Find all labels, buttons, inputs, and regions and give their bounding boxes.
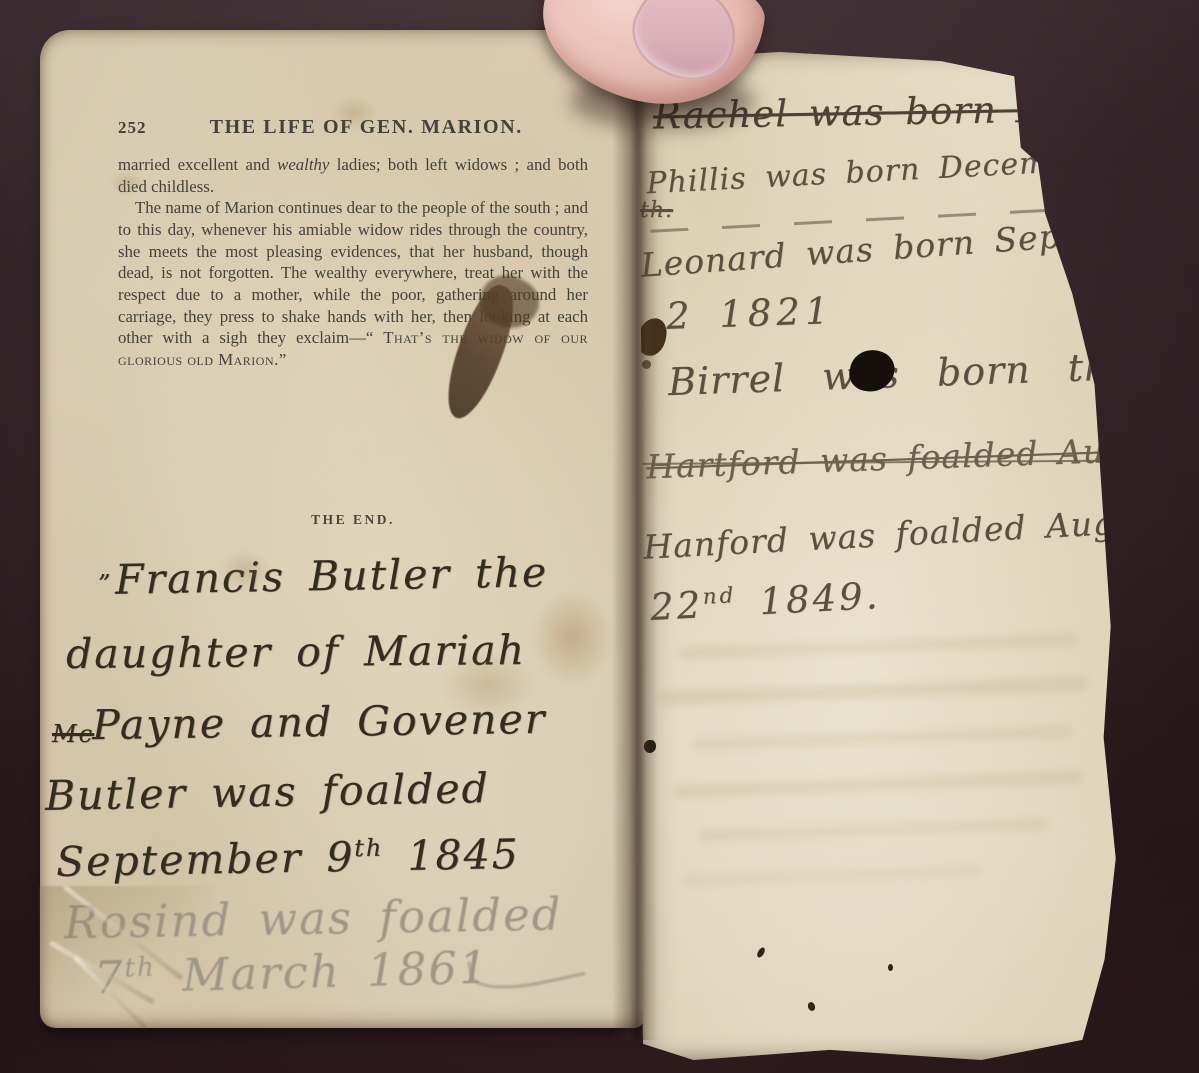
handwriting-th-mark: th.: [640, 198, 673, 223]
speck: [888, 964, 893, 971]
speck: [807, 1001, 817, 1012]
handwriting-lead-mark: ”: [98, 570, 112, 598]
handwriting-line-1821: 2 1821: [665, 289, 834, 338]
date-1849-pre: 22: [649, 583, 704, 629]
handwriting-line-daughter: daughter of Mariah: [66, 626, 526, 678]
handwriting-line-francis: Francis Butler the: [115, 548, 549, 604]
handwriting-struck-mark: Mc: [52, 720, 94, 748]
handwriting-line-date-1845: September 9th 1845: [56, 830, 520, 886]
handwriting-line-payne: Payne and Govener: [92, 695, 547, 749]
tan-stain: [532, 590, 612, 685]
body-paragraph-1: married excellent and wealthy ladies; bo…: [118, 154, 588, 197]
para1-pre: married excellent and: [118, 155, 277, 174]
printed-body-text: married excellent and wealthy ladies; bo…: [118, 154, 588, 371]
bleed-through-line: [698, 818, 1048, 842]
speck: [756, 946, 767, 959]
handwriting-line-birrel: Birrel was born the: [667, 344, 1133, 404]
bleed-through-line: [678, 633, 1078, 660]
photo-of-open-book: 252 THE LIFE OF GEN. MARION. married exc…: [0, 0, 1199, 1073]
handwriting-line-date-1849: 22nd 1849.: [649, 574, 881, 629]
date-1845-pre: September 9: [56, 833, 355, 886]
ink-blot-small: [642, 360, 651, 369]
bleed-through-line: [673, 771, 1083, 798]
the-end-label: THE END.: [118, 512, 588, 528]
date-1845-sup: th: [354, 834, 383, 862]
para1-italic-word: wealthy: [277, 155, 329, 174]
running-title: THE LIFE OF GEN. MARION.: [147, 116, 587, 139]
handwriting-line-hartford-struck: Hartford was foalded August: [645, 429, 1182, 487]
right-page: Rachel was born April th Phillis was bor…: [638, 52, 1143, 1060]
bleed-through-line: [658, 677, 1088, 706]
date-1849-post: 1849.: [736, 574, 882, 624]
date-1849-sup: nd: [702, 583, 737, 610]
left-page: 252 THE LIFE OF GEN. MARION. married exc…: [40, 30, 644, 1028]
para2-text: The name of Marion continues dear to the…: [118, 198, 588, 347]
bleed-through-line: [683, 865, 983, 886]
ink-dot: [644, 740, 656, 753]
bleed-through-line: [693, 725, 1073, 750]
page-number: 252: [118, 118, 147, 138]
date-1845-post: 1845: [383, 830, 520, 880]
handwriting-line-hanford: Hanford was foalded August: [642, 500, 1170, 567]
handwriting-line-phillis: Phillis was born December 15, 1858: [646, 134, 1199, 202]
page-header: 252 THE LIFE OF GEN. MARION.: [118, 116, 586, 139]
body-paragraph-2: The name of Marion continues dear to the…: [118, 197, 588, 370]
handwriting-line-butler: Butler was foalded: [45, 764, 491, 820]
